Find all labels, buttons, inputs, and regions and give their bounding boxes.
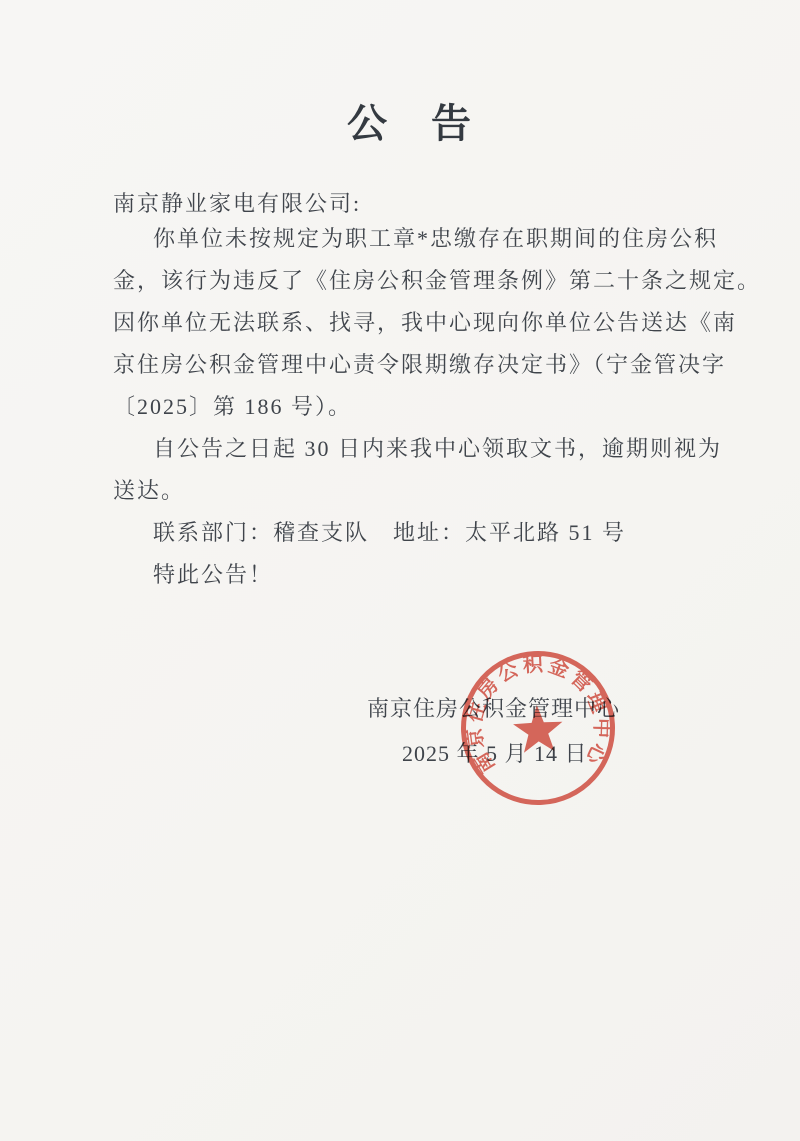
- body-line: 因你单位无法联系、找寻，我中心现向你单位公告送达《南: [113, 302, 713, 344]
- official-seal: 南京住房公积金管理中心: [452, 642, 624, 814]
- body-line: 京住房公积金管理中心责令限期缴存决定书》（宁金管决字: [113, 344, 713, 386]
- seal-star-icon: [512, 704, 564, 754]
- body-text: 你单位未按规定为职工章*忠缴存在职期间的住房公积 金，该行为违反了《住房公积金管…: [113, 218, 713, 596]
- body-line: 自公告之日起 30 日内来我中心领取文书，逾期则视为: [113, 428, 713, 470]
- body-line: 联系部门：稽查支队 地址：太平北路 51 号: [113, 512, 713, 554]
- document-page: 公 告 南京静业家电有限公司: 你单位未按规定为职工章*忠缴存在职期间的住房公积…: [0, 0, 800, 1141]
- body-line: 〔2025〕第 186 号）。: [113, 386, 713, 428]
- page-title: 公 告: [0, 92, 800, 149]
- body-line: 送达。: [113, 470, 713, 512]
- recipient-line: 南京静业家电有限公司:: [113, 187, 361, 218]
- body-line: 你单位未按规定为职工章*忠缴存在职期间的住房公积: [113, 218, 713, 260]
- body-line: 金，该行为违反了《住房公积金管理条例》第二十条之规定。: [113, 260, 713, 302]
- body-line: 特此公告！: [113, 554, 713, 596]
